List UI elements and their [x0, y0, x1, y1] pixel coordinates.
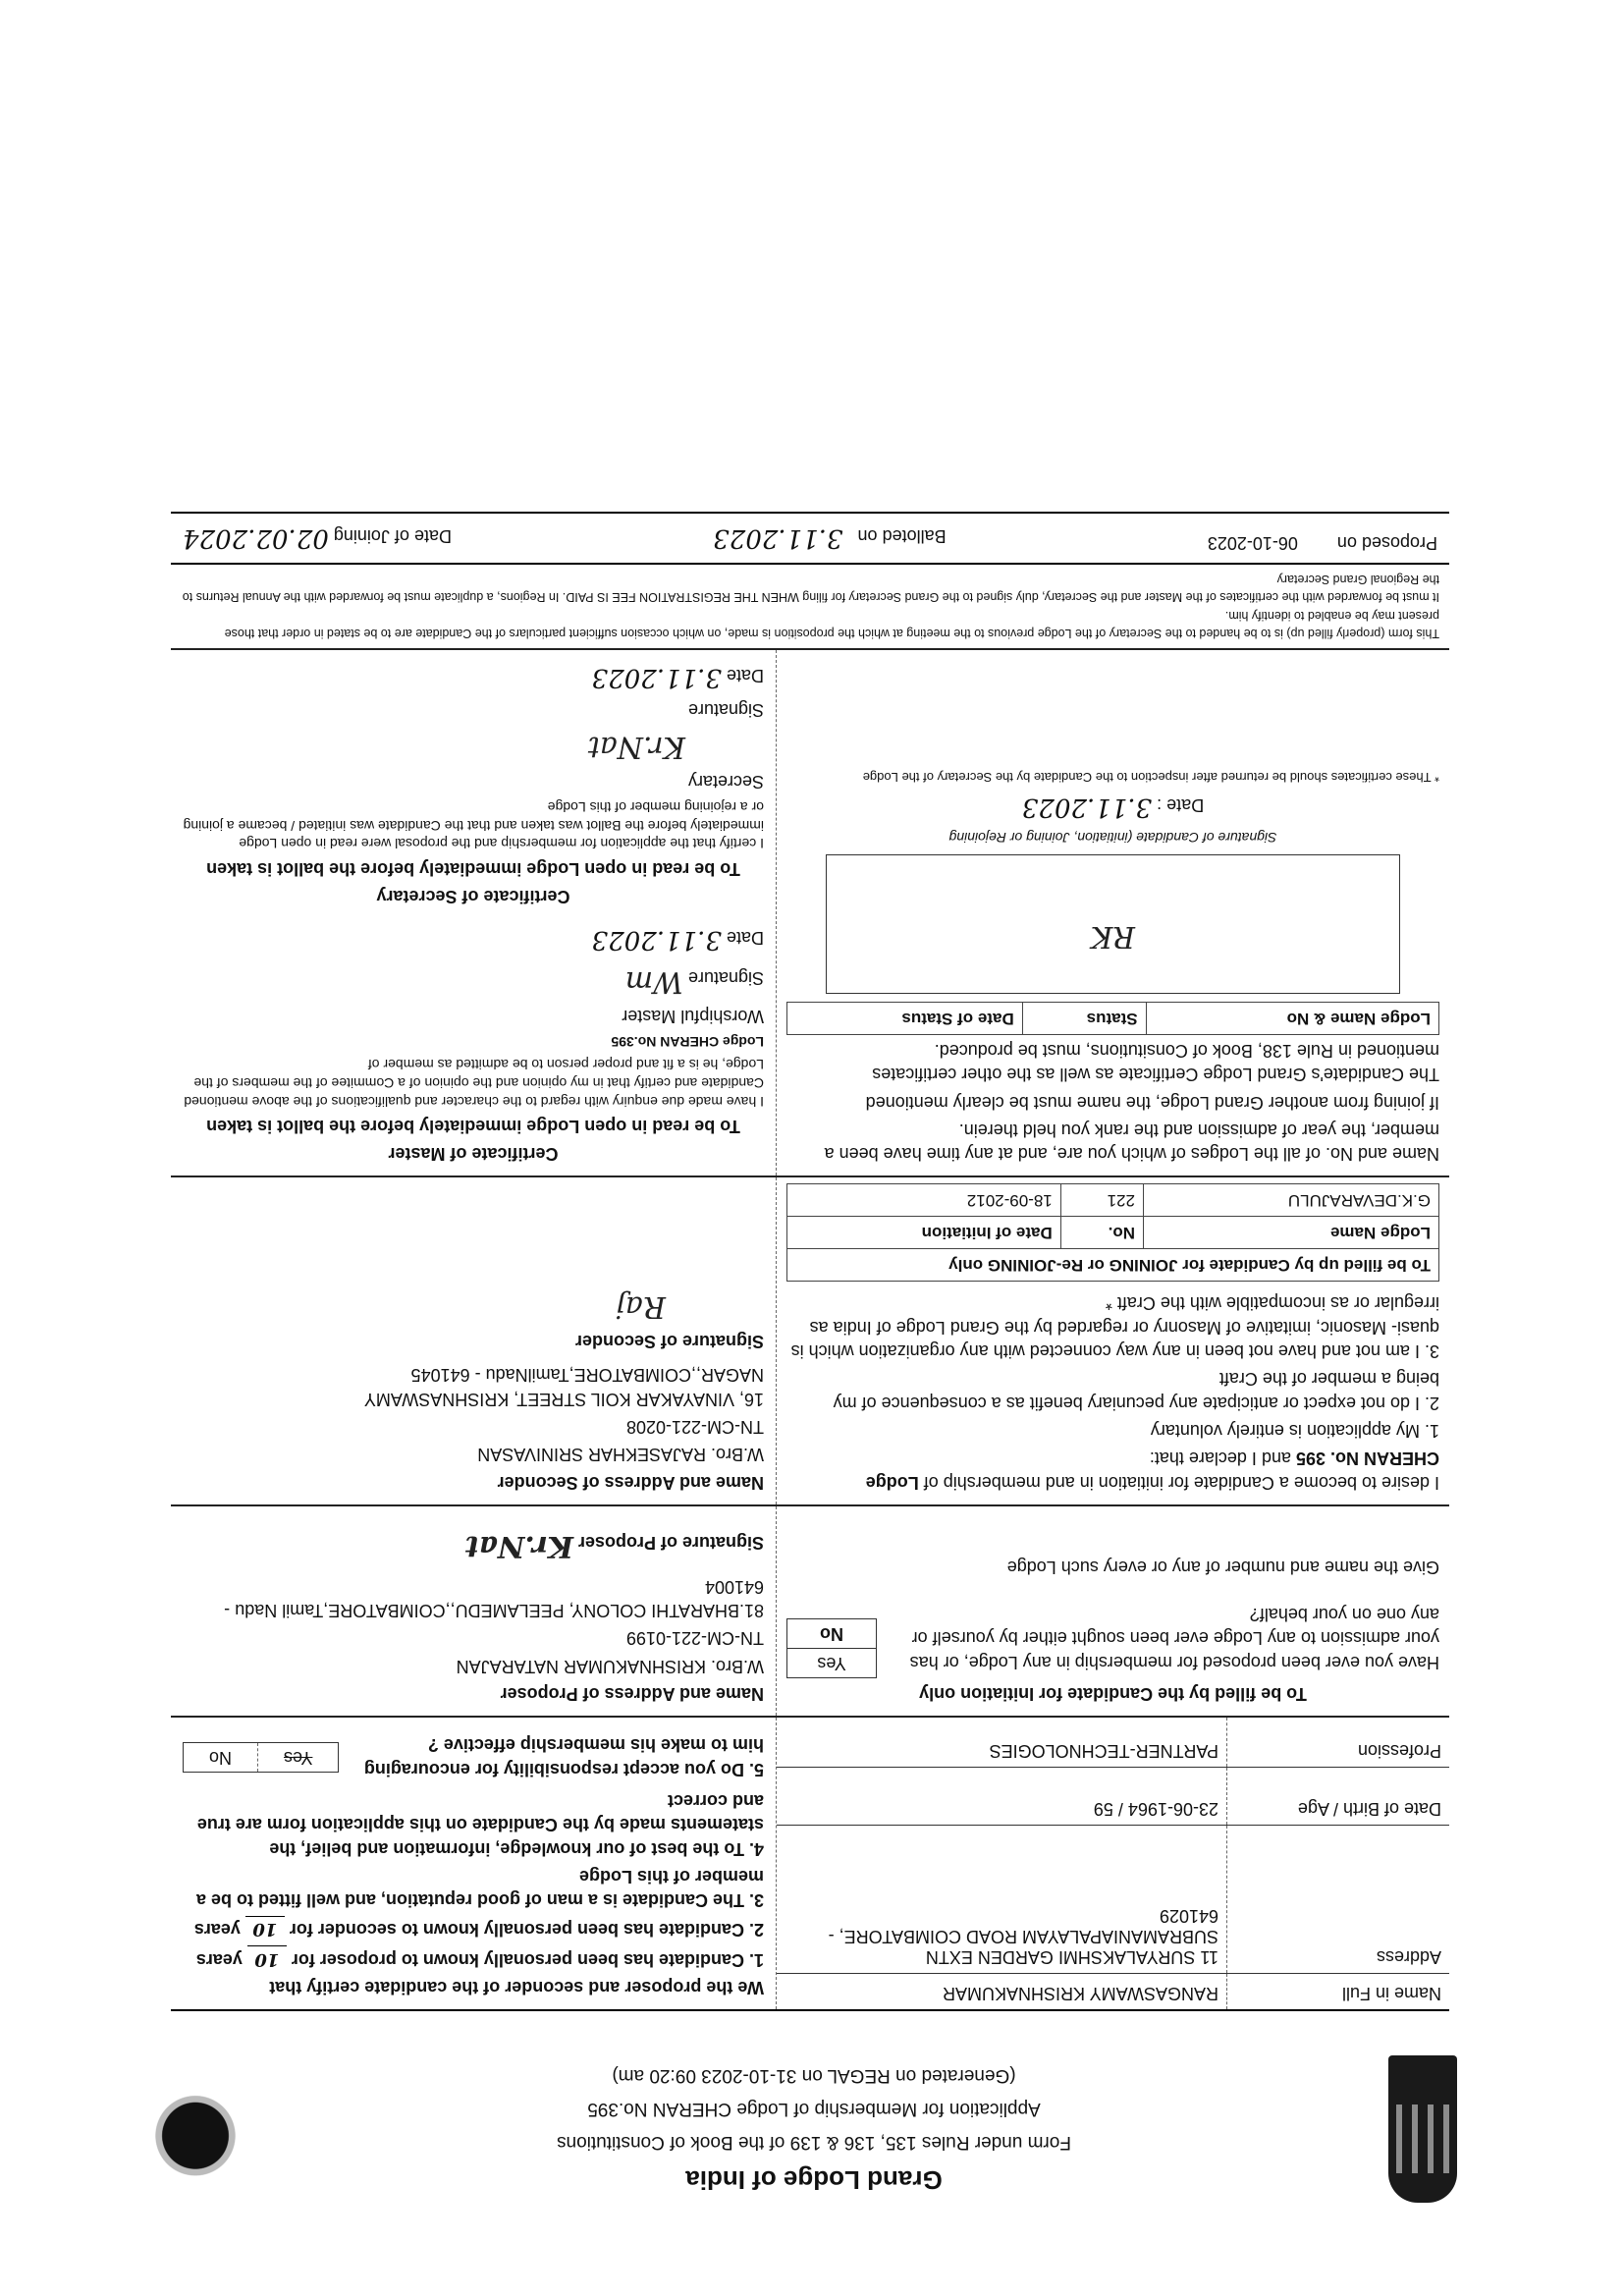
candidate-section: Name in Full RANGASWAMY KRISHNAKUMAR Add… — [171, 1716, 1449, 2009]
seconder-signature: Raj — [183, 1285, 764, 1326]
encourage-yes[interactable]: Yes — [257, 1743, 338, 1772]
seconder-id: TN-CM-221-0208 — [183, 1415, 764, 1439]
candidate-address: 11 SURYALAKSHMI GARDEN EXTN SUBRAMANIAPA… — [777, 1826, 1226, 1973]
proposer-block: Name and Address of Proposer W.Bro. KRIS… — [171, 1506, 776, 1716]
certification: We the proposer and seconder of the cand… — [171, 1718, 776, 2009]
seconder-years: 10 — [245, 1916, 285, 1941]
encourage-no[interactable]: No — [184, 1743, 257, 1772]
certificates-section: Name and No. of all the Lodges of which … — [171, 648, 1449, 1176]
profession-row: Profession PARTNER-TECHNOLOGIES — [777, 1718, 1449, 1767]
initiation-section: To be filled by the Candidate for Initia… — [171, 1504, 1449, 1716]
proposed-date: 06-10-2023 — [1208, 533, 1298, 553]
proposed-before-yes[interactable]: Yes — [787, 1648, 876, 1677]
secretary-signature: Kr.Nat — [183, 726, 764, 766]
joining-heading: To be filled up by Candidate for JOINING… — [787, 1249, 1439, 1282]
candidate-name: RANGASWAMY KRISHNAKUMAR — [777, 1974, 1226, 2009]
name-row: Name in Full RANGASWAMY KRISHNAKUMAR — [777, 1973, 1449, 2009]
proposer-id: TN-CM-221-0199 — [183, 1626, 764, 1650]
application-title: Application for Membership of Lodge CHER… — [176, 2098, 1452, 2119]
document-header: Grand Lodge of India Form under Rules 13… — [176, 2026, 1452, 2203]
proposed-before-yes-no[interactable]: Yes No — [786, 1618, 877, 1678]
candidate-signature-box: RK — [826, 854, 1400, 994]
declaration-block: I desire to become a Candidate for initi… — [776, 1177, 1449, 1503]
balloted-date: 3.11.2023 — [713, 523, 842, 553]
proposer-address: 81.BHARATHI COLONY, PEELAMEDU,,COIMBATOR… — [183, 1575, 764, 1623]
ballot-dates-bar: Proposed on 06-10-2023 Balloted on 3.11.… — [171, 512, 1449, 563]
declaration-section: I desire to become a Candidate for initi… — [171, 1175, 1449, 1503]
joining-date: 02.02.2024 — [183, 523, 329, 553]
candidate-signature: RK — [827, 919, 1399, 993]
table-row: G.K.DEVARAJULU 221 18-09-2012 — [787, 1184, 1439, 1217]
proposer-name: W.Bro. KRISHNAKUMAR NATARAJAN — [183, 1654, 764, 1677]
master-sign-date: 3.11.2023 — [592, 925, 722, 955]
candidate-dob: 23-06-1964 / 59 — [777, 1768, 1226, 1825]
proposed-before-no[interactable]: No — [787, 1619, 876, 1648]
generated-note: (Generated on REGAL on 31-10-2023 09:20 … — [176, 2064, 1452, 2086]
document-title: Grand Lodge of India — [176, 2164, 1452, 2195]
candidate-profession: PARTNER-TECHNOLOGIES — [777, 1718, 1226, 1767]
master-signature: Wm — [625, 964, 683, 999]
initiation-block: To be filled by the Candidate for Initia… — [776, 1506, 1449, 1716]
address-row: Address 11 SURYALAKSHMI GARDEN EXTN SUBR… — [777, 1825, 1449, 1973]
joining-table: To be filled up by Candidate for JOINING… — [786, 1183, 1439, 1282]
seconder-name: W.Bro. RAJASEKHAR SRINIVASAN — [183, 1443, 764, 1466]
status-table: Lodge Name & No Status Date of Status — [786, 1002, 1439, 1035]
secretary-sign-date: 3.11.2023 — [592, 663, 722, 692]
candidate-sign-date: 3.11.2023 — [1022, 793, 1152, 822]
filing-notice: This form (properly filled up) is to be … — [171, 563, 1449, 648]
candidate-details: Name in Full RANGASWAMY KRISHNAKUMAR Add… — [776, 1718, 1449, 2009]
master-secretary-block: Certificate of Master To be read in open… — [171, 650, 776, 1176]
document-subtitle: Form under Rules 135, 136 & 139 of the B… — [176, 2131, 1452, 2153]
encourage-yes-no[interactable]: Yes No — [183, 1742, 339, 1773]
lodges-info-block: Name and No. of all the Lodges of which … — [776, 650, 1449, 1176]
proposer-years: 10 — [247, 1945, 287, 1970]
application-form: Name in Full RANGASWAMY KRISHNAKUMAR Add… — [171, 512, 1449, 2011]
seconder-address: 16, VINAYAKAR KOIL STREET, KRISHNASWAMY … — [183, 1363, 764, 1411]
seconder-block: Name and Address of Seconder W.Bro. RAJA… — [171, 1177, 776, 1503]
dob-row: Date of Birth / Age 23-06-1964 / 59 — [777, 1767, 1449, 1825]
proposer-signature: Kr.Nat — [465, 1529, 573, 1563]
rotated-page: Grand Lodge of India Form under Rules 13… — [0, 0, 1624, 2296]
